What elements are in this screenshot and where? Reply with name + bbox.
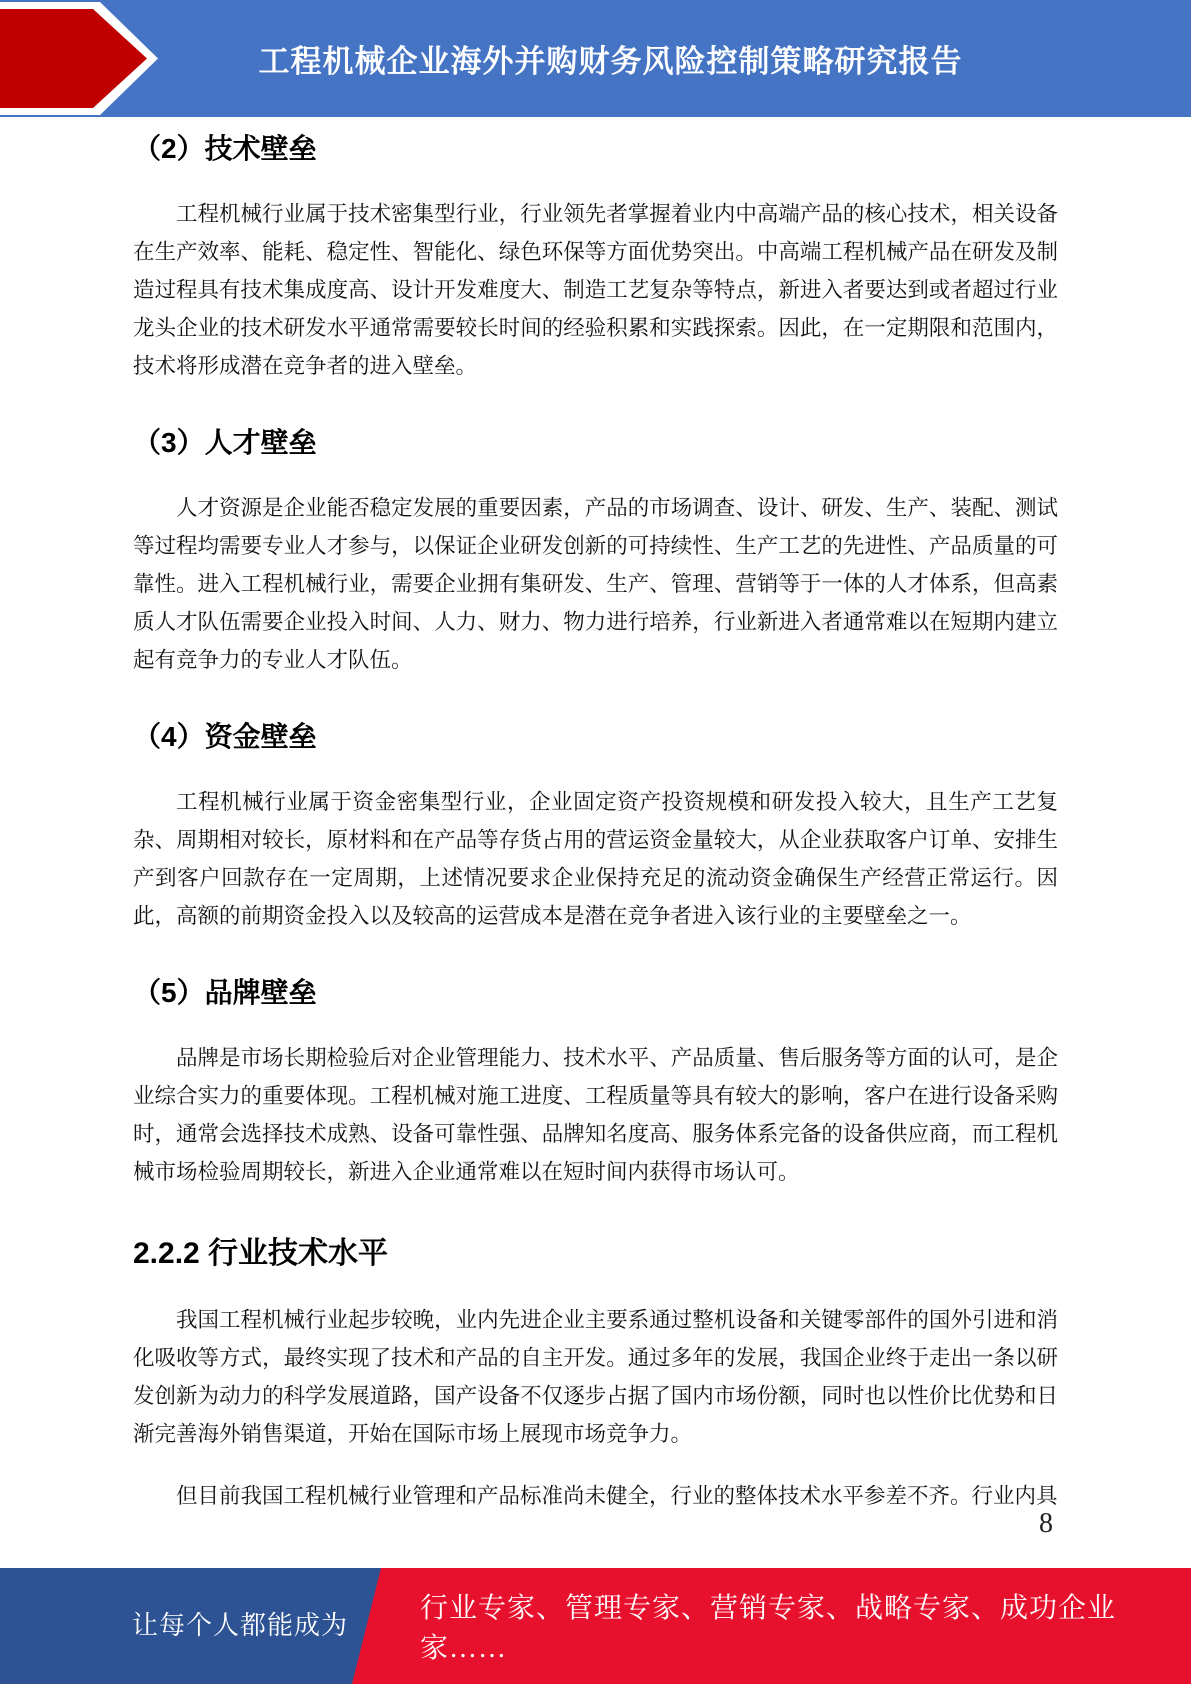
report-page: 工程机械企业海外并购财务风险控制策略研究报告 （2）技术壁垒 工程机械行业属于技… [0, 0, 1191, 1684]
section-heading: （4）资金壁垒 [133, 719, 1058, 755]
page-number: 8 [1039, 1508, 1053, 1540]
footer-slogan-left: 让每个人都能成为 [0, 1568, 400, 1684]
section-heading: （3）人才壁垒 [133, 425, 1058, 461]
page-header: 工程机械企业海外并购财务风险控制策略研究报告 [0, 0, 1191, 117]
section-heading: 2.2.2 行业技术水平 [133, 1235, 1058, 1273]
page-footer: 行业专家、管理专家、营销专家、战略专家、成功企业家…… 让每个人都能成为 [0, 1568, 1191, 1684]
section-paragraph: 品牌是市场长期检验后对企业管理能力、技术水平、产品质量、售后服务等方面的认可，是… [133, 1039, 1058, 1191]
section-brand-barrier: （5）品牌壁垒 品牌是市场长期检验后对企业管理能力、技术水平、产品质量、售后服务… [133, 975, 1058, 1191]
section-tech-barrier: （2）技术壁垒 工程机械行业属于技术密集型行业，行业领先者掌握着业内中高端产品的… [133, 131, 1058, 385]
section-paragraph: 工程机械行业属于资金密集型行业，企业固定资产投资规模和研发投入较大，且生产工艺复… [133, 783, 1058, 935]
footer-slogan-right: 行业专家、管理专家、营销专家、战略专家、成功企业家…… [420, 1568, 1191, 1684]
section-paragraph: 工程机械行业属于技术密集型行业，行业领先者掌握着业内中高端产品的核心技术，相关设… [133, 195, 1058, 385]
footer-blue-band: 让每个人都能成为 [0, 1568, 400, 1684]
section-paragraph: 我国工程机械行业起步较晚，业内先进企业主要系通过整机设备和关键零部件的国外引进和… [133, 1301, 1058, 1453]
section-paragraph: 人才资源是企业能否稳定发展的重要因素，产品的市场调查、设计、研发、生产、装配、测… [133, 489, 1058, 679]
section-talent-barrier: （3）人才壁垒 人才资源是企业能否稳定发展的重要因素，产品的市场调查、设计、研发… [133, 425, 1058, 679]
section-heading: （5）品牌壁垒 [133, 975, 1058, 1011]
section-industry-tech-level: 2.2.2 行业技术水平 我国工程机械行业起步较晚，业内先进企业主要系通过整机设… [133, 1235, 1058, 1515]
report-title: 工程机械企业海外并购财务风险控制策略研究报告 [0, 0, 1191, 117]
section-capital-barrier: （4）资金壁垒 工程机械行业属于资金密集型行业，企业固定资产投资规模和研发投入较… [133, 719, 1058, 935]
section-paragraph: 但目前我国工程机械行业管理和产品标准尚未健全，行业的整体技术水平参差不齐。行业内… [133, 1477, 1058, 1515]
document-body: （2）技术壁垒 工程机械行业属于技术密集型行业，行业领先者掌握着业内中高端产品的… [133, 117, 1058, 1515]
section-heading: （2）技术壁垒 [133, 131, 1058, 167]
